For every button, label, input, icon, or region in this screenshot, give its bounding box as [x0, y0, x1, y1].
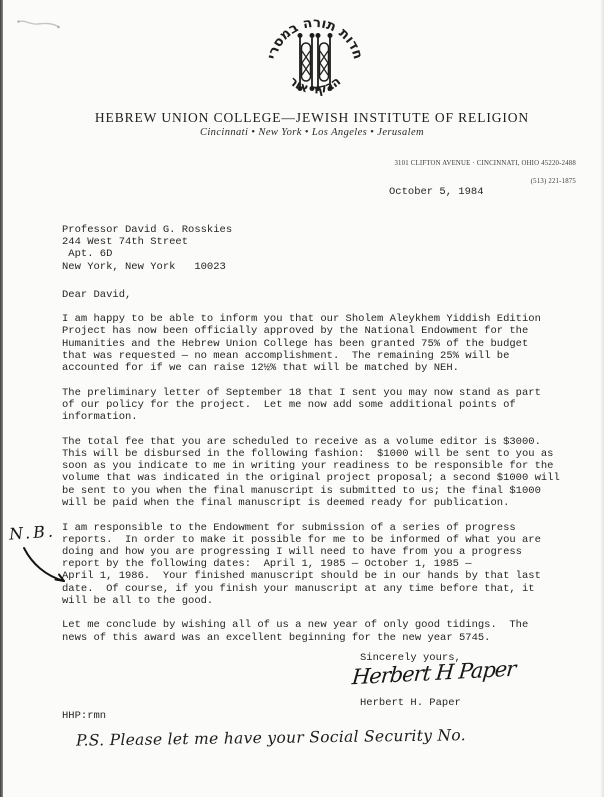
letter-body: Dear David, I am happy to be able to inf…: [62, 289, 567, 656]
typist-reference: HHP:rmn: [62, 710, 106, 722]
paragraph-2: The preliminary letter of September 18 t…: [62, 387, 567, 424]
recipient-address: Professor David G. Rosskies 244 West 74t…: [62, 224, 232, 273]
campus-list: Cincinnati • New York • Los Angeles • Je…: [20, 127, 604, 138]
svg-text:· חדות תורה במסרי ·: · חדות תורה במסרי ·: [266, 13, 364, 65]
scan-edge-shadow: [0, 0, 3, 797]
signature-typed-name: Herbert H. Paper: [360, 697, 461, 709]
paragraph-1: I am happy to be able to inform you that…: [62, 313, 567, 374]
svg-text:הבקר אור: הבקר אור: [287, 73, 344, 96]
scanned-letter-page: { "letterhead": { "institution": "HEBREW…: [0, 0, 604, 797]
office-phone: (513) 221-1875: [531, 178, 576, 185]
handwritten-postscript: P.S. Please let me have your Social Secu…: [76, 726, 456, 749]
huc-seal-logo: · חדות תורה במסרי · הבקר אור: [266, 13, 364, 112]
paragraph-4: I am responsible to the Endowment for su…: [62, 522, 567, 607]
paragraph-3: The total fee that you are scheduled to …: [62, 436, 567, 509]
seal-hebrew-top: · חדות תורה במסרי ·: [266, 13, 364, 65]
seal-hebrew-bottom: הבקר אור: [287, 73, 344, 96]
pencil-mark: [16, 16, 62, 32]
office-address-line1: 3101 CLIFTON AVENUE · CINCINNATI, OHIO 4…: [394, 160, 576, 167]
paragraph-5: Let me conclude by wishing all of us a n…: [62, 619, 567, 643]
letter-date: October 5, 1984: [389, 186, 484, 198]
nb-margin-note: N.B.: [8, 521, 56, 543]
office-address: 3101 CLIFTON AVENUE · CINCINNATI, OHIO 4…: [394, 160, 576, 186]
nb-arrow-icon: [18, 546, 76, 588]
salutation: Dear David,: [62, 289, 567, 301]
institution-name: HEBREW UNION COLLEGE—JEWISH INSTITUTE OF…: [20, 110, 604, 126]
